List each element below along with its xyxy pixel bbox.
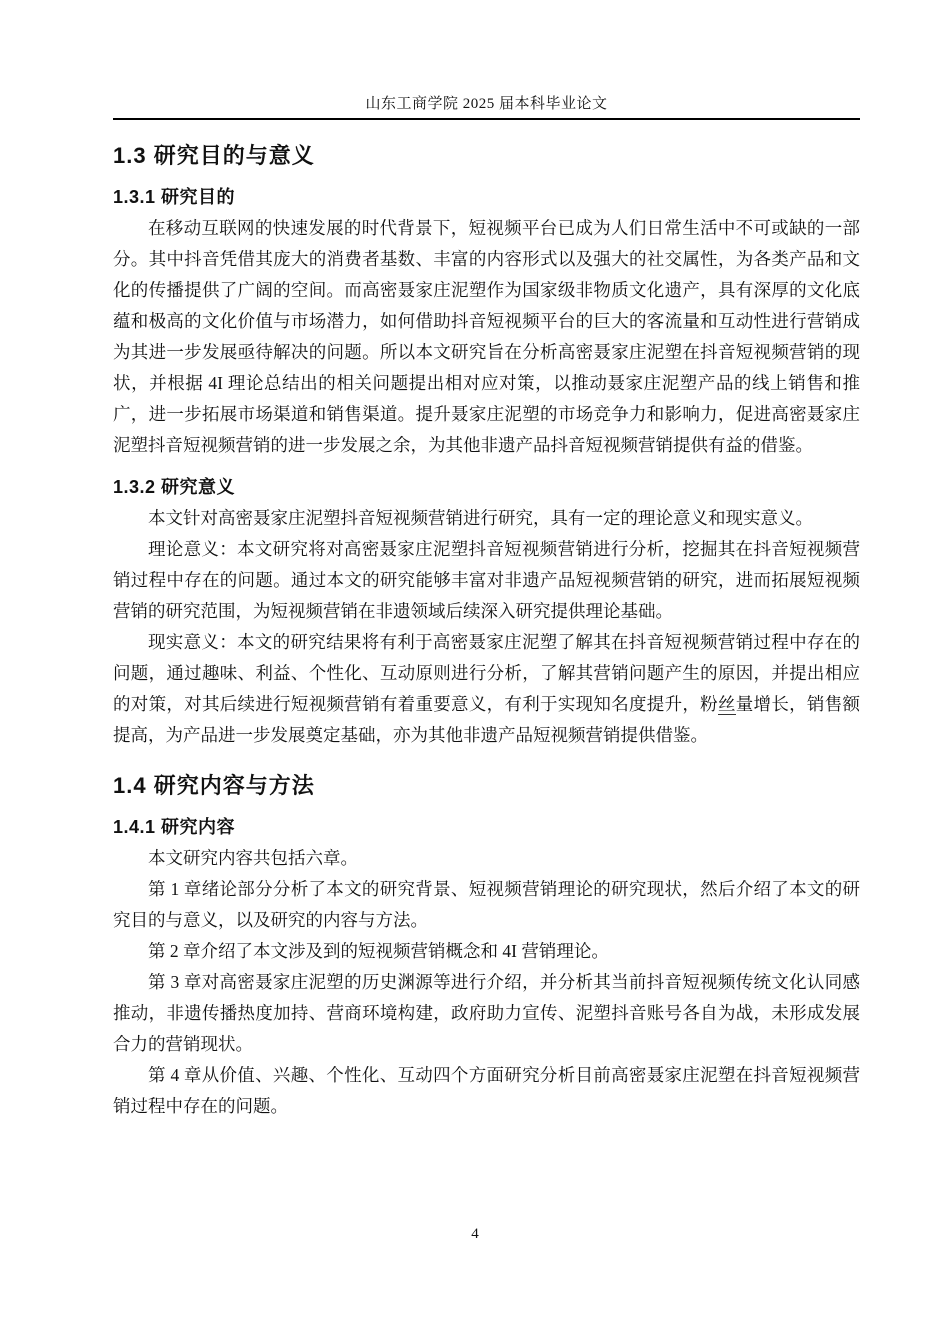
proofing-underlined-character: 丝 <box>718 694 736 715</box>
section-heading-1-4: 1.4 研究内容与方法 <box>113 771 860 801</box>
thesis-page: 山东工商学院 2025 届本科毕业论文 1.3 研究目的与意义 1.3.1 研究… <box>0 0 950 1344</box>
paragraph-research-purpose: 在移动互联网的快速发展的时代背景下，短视频平台已成为人们日常生活中不可或缺的一部… <box>113 213 860 461</box>
paragraph-chapter-1: 第 1 章绪论部分分析了本文的研究背景、短视频营销理论的研究现状，然后介绍了本文… <box>113 874 860 936</box>
paragraph-theoretical-significance: 理论意义：本文研究将对高密聂家庄泥塑抖音短视频营销进行分析，挖掘其在抖音短视频营… <box>113 534 860 627</box>
paragraph-chapter-4: 第 4 章从价值、兴趣、个性化、互动四个方面研究分析目前高密聂家庄泥塑在抖音短视… <box>113 1060 860 1122</box>
page-number: 4 <box>0 1224 950 1244</box>
subsection-heading-1-3-1: 1.3.1 研究目的 <box>113 185 860 209</box>
subsection-heading-1-3-2: 1.3.2 研究意义 <box>113 475 860 499</box>
paragraph-chapter-2: 第 2 章介绍了本文涉及到的短视频营销概念和 4I 营销理论。 <box>113 936 860 967</box>
paragraph-practical-significance: 现实意义：本文的研究结果将有利于高密聂家庄泥塑了解其在抖音短视频营销过程中存在的… <box>113 627 860 751</box>
paragraph-content-overview: 本文研究内容共包括六章。 <box>113 843 860 874</box>
running-header: 山东工商学院 2025 届本科毕业论文 <box>113 94 860 120</box>
running-header-title: 山东工商学院 2025 届本科毕业论文 <box>365 96 607 112</box>
document-body: 1.3 研究目的与意义 1.3.1 研究目的 在移动互联网的快速发展的时代背景下… <box>113 121 860 1122</box>
paragraph-chapter-3: 第 3 章对高密聂家庄泥塑的历史渊源等进行介绍，并分析其当前抖音短视频传统文化认… <box>113 967 860 1060</box>
section-heading-1-3: 1.3 研究目的与意义 <box>113 141 860 171</box>
subsection-heading-1-4-1: 1.4.1 研究内容 <box>113 815 860 839</box>
paragraph-significance-intro: 本文针对高密聂家庄泥塑抖音短视频营销进行研究，具有一定的理论意义和现实意义。 <box>113 503 860 534</box>
